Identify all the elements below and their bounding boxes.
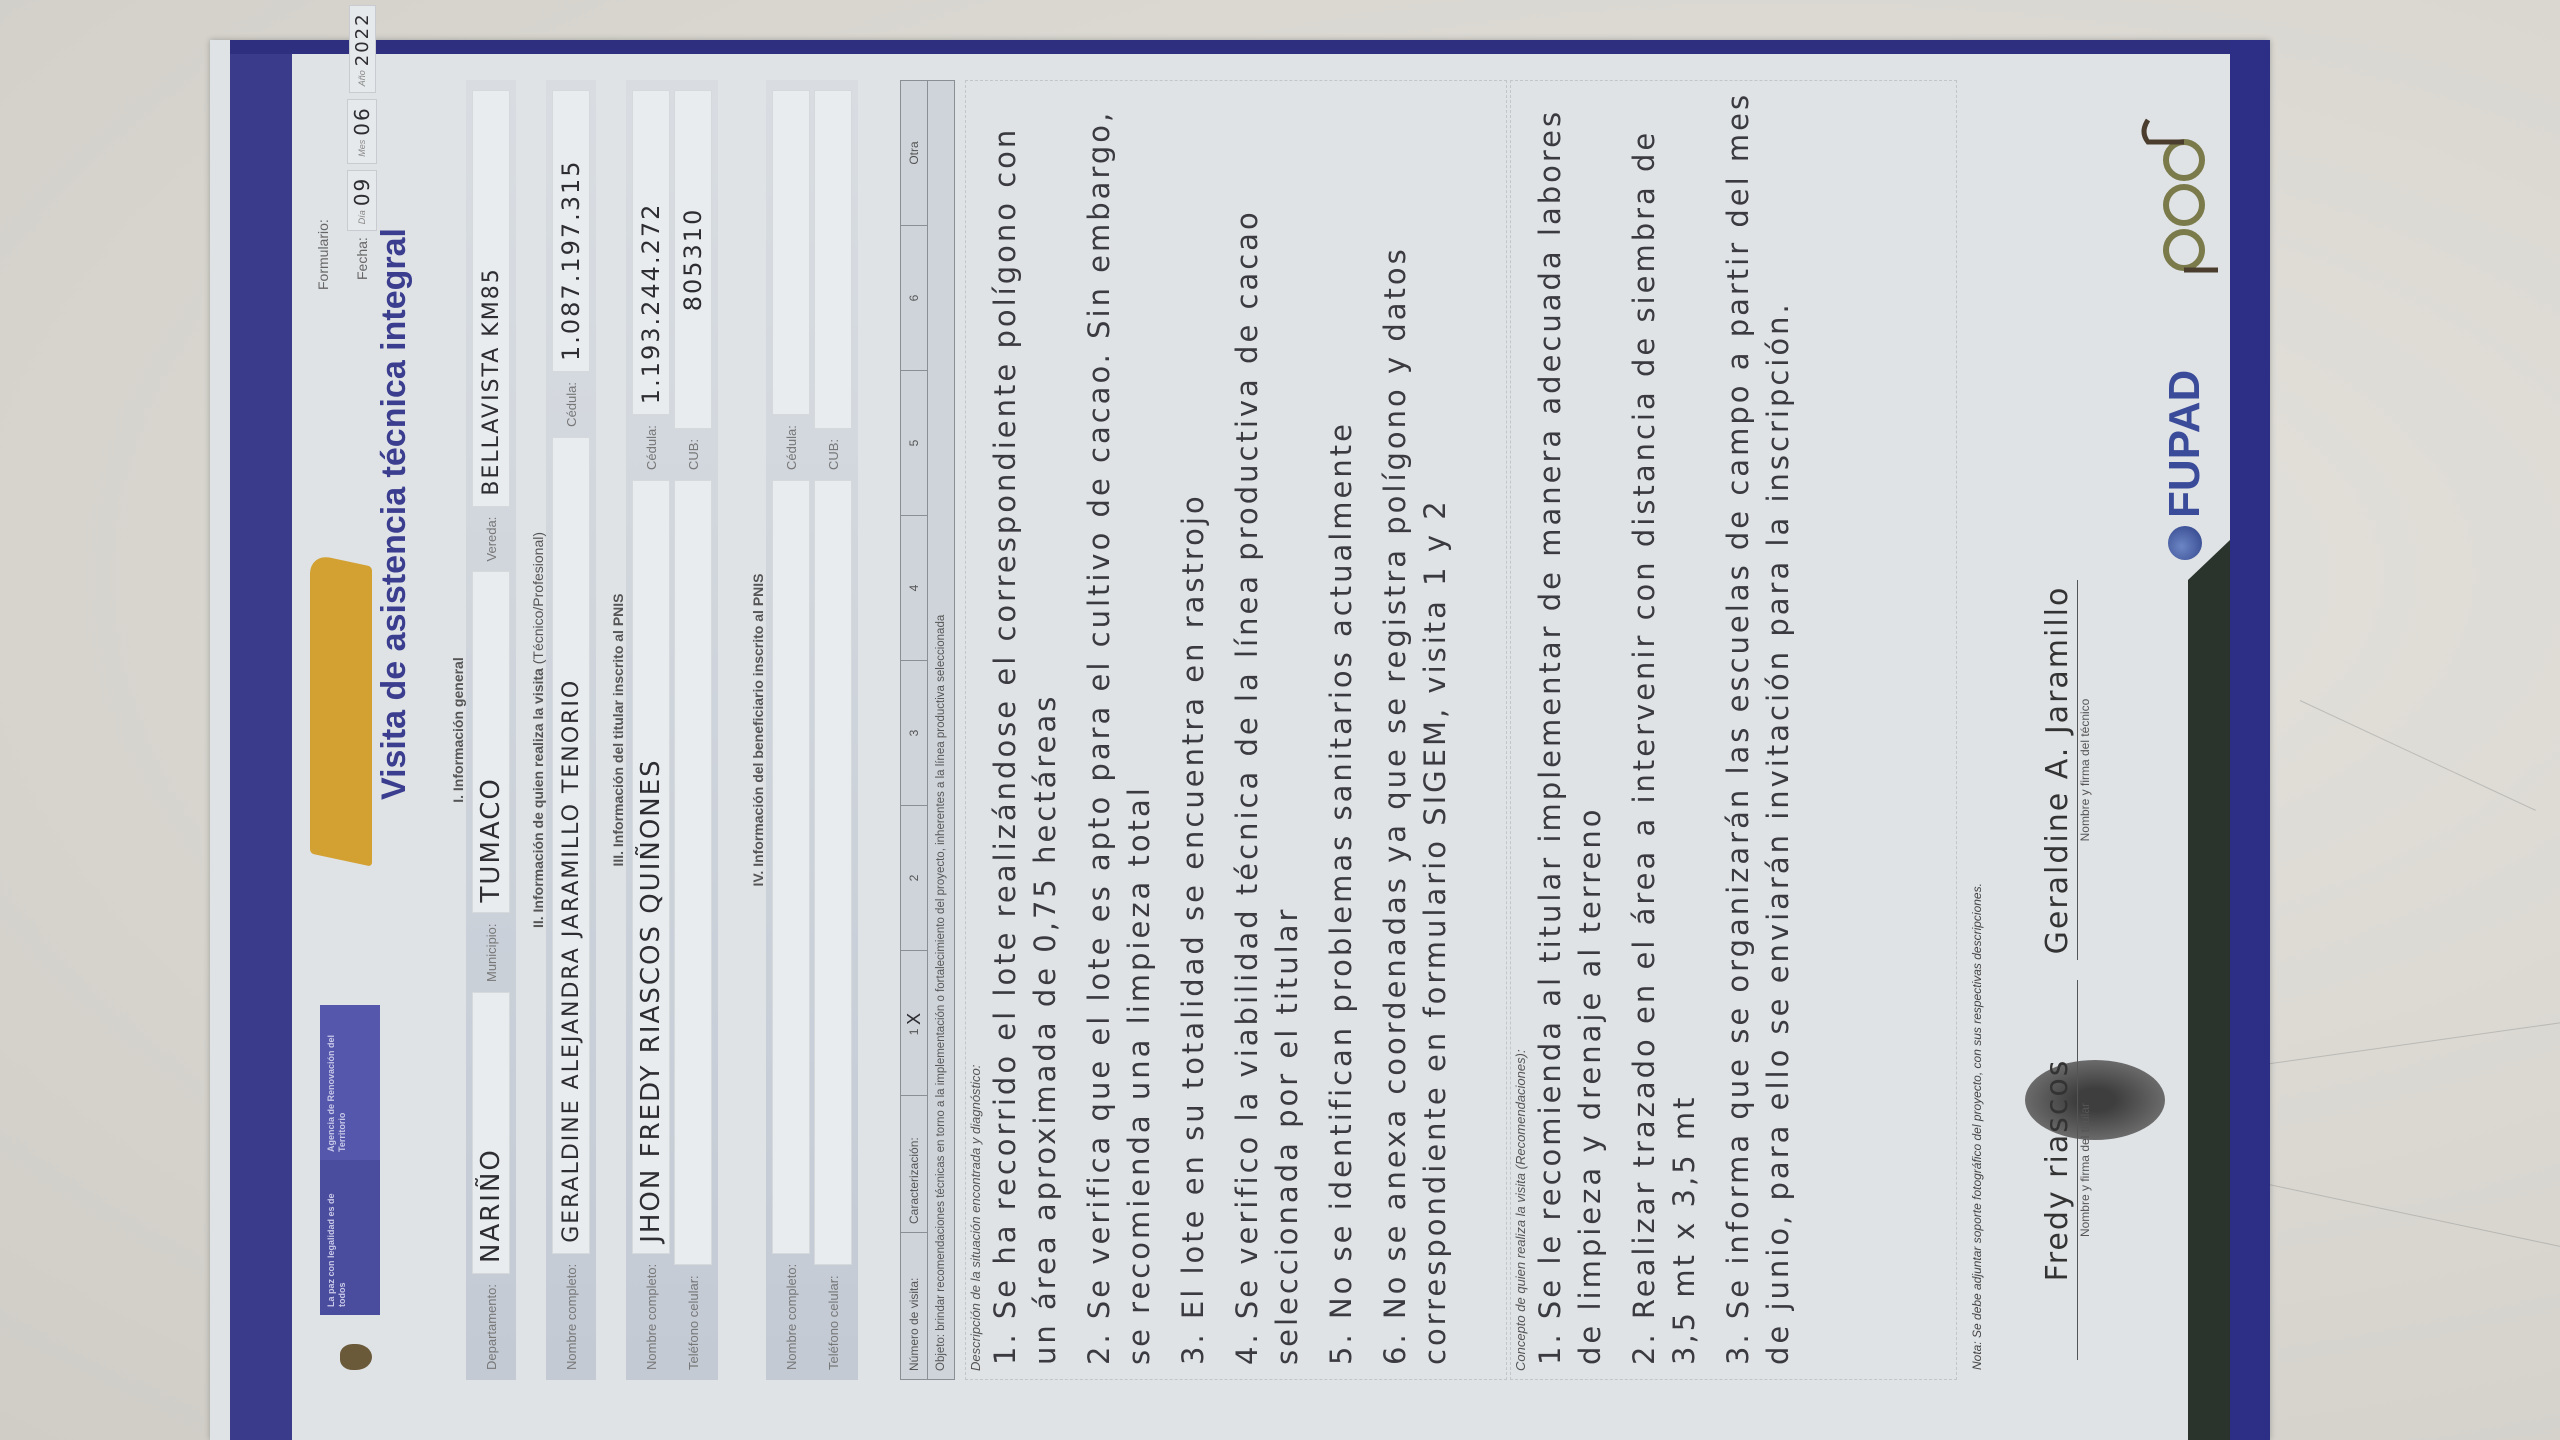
form-header: La paz con legalidad es de todos Agencia… xyxy=(305,80,425,1370)
visit-option-other[interactable]: Otra xyxy=(901,81,927,225)
month-field[interactable]: Mes06 xyxy=(347,99,377,163)
titular-cedula-field[interactable]: 1.193.244.272 xyxy=(632,90,670,415)
visitor-name-field[interactable]: GERALDINE ALEJANDRA JARAMILLO TENORIO xyxy=(552,437,590,1254)
diagnosis-item: 2. Se verifica que el lote es apto para … xyxy=(1079,81,1159,1379)
vereda-field[interactable]: BELLAVISTA KM85 xyxy=(472,90,510,507)
top-blue-bar xyxy=(230,40,292,1440)
titular-phone-field[interactable] xyxy=(674,480,712,1265)
visit-option-3[interactable]: 3 xyxy=(901,660,927,805)
desk-scratch xyxy=(2300,700,2536,811)
coat-of-arms-icon xyxy=(340,1344,372,1370)
gold-ribbon xyxy=(310,553,372,866)
recommendation-item: 3. Se informa que se organizarán las esc… xyxy=(1718,81,1798,1379)
departamento-field[interactable]: NARIÑO xyxy=(472,992,510,1274)
beneficiary-cedula-field[interactable] xyxy=(772,90,810,415)
diagnosis-item: 1. Se ha recorrido el lote realizándose … xyxy=(985,81,1065,1379)
visit-option-1[interactable]: 1 X xyxy=(901,950,927,1095)
globe-icon xyxy=(2168,526,2202,560)
visit-option-5[interactable]: 5 xyxy=(901,370,927,515)
section-titular-info: III. Información del titular inscrito al… xyxy=(610,80,718,1380)
recommendation-item: 1. Se le recomienda al titular implement… xyxy=(1530,81,1610,1379)
visit-number-table: Número de visita: Caracterización: 1 X 2… xyxy=(900,80,955,1380)
recommendations-box[interactable]: Concepto de quien realiza la visita (Rec… xyxy=(1510,80,1957,1380)
day-field[interactable]: Día09 xyxy=(347,170,377,231)
diagnosis-item: 4. Se verifico la viabilidad técnica de … xyxy=(1227,81,1307,1379)
visitor-cedula-field[interactable]: 1.087.197.315 xyxy=(552,90,590,372)
diagnosis-item: 6. No se anexa coordenadas ya que se reg… xyxy=(1375,81,1455,1379)
section-visitor-info: II. Información de quien realiza la visi… xyxy=(530,80,596,1380)
selected-mark: X xyxy=(904,1011,925,1025)
titular-name-field[interactable]: JHON FREDY RIASCOS QUIÑONES xyxy=(632,480,670,1254)
year-field[interactable]: Año2022 xyxy=(349,5,376,93)
visit-option-6[interactable]: 6 xyxy=(901,225,927,370)
photo-note: Nota: Se debe adjuntar soporte fotográfi… xyxy=(1970,883,1984,1370)
pdet-logo xyxy=(2140,100,2220,290)
visit-option-2[interactable]: 2 xyxy=(901,805,927,950)
description-list: 1. Se ha recorrido el lote realizándose … xyxy=(985,81,1455,1379)
visit-option-4[interactable]: 4 xyxy=(901,515,927,660)
recommendations-list: 1. Se le recomienda al titular implement… xyxy=(1530,81,1798,1379)
visit-objective: Objeto: brindar recomendaciones técnicas… xyxy=(928,81,954,1379)
beneficiary-phone-field[interactable] xyxy=(814,480,852,1265)
blue-edge xyxy=(230,40,2270,54)
description-box[interactable]: Descripción de la situación encontrada y… xyxy=(965,80,1507,1380)
government-logo: La paz con legalidad es de todos Agencia… xyxy=(320,1005,380,1315)
diagnosis-item: 5. No se identifican problemas sanitario… xyxy=(1321,81,1361,1379)
section-beneficiary-info: IV. Información del beneficiario inscrit… xyxy=(750,80,858,1380)
beneficiary-name-field[interactable] xyxy=(772,480,810,1254)
fupad-logo: FUPAD xyxy=(2160,370,2210,560)
titular-cub-field[interactable]: 805310 xyxy=(674,90,712,429)
visit-form-page: La paz con legalidad es de todos Agencia… xyxy=(210,40,2270,1440)
beneficiary-cub-field[interactable] xyxy=(814,90,852,429)
tecnico-signature: Geraldine A. Jaramillo Nombre y firma de… xyxy=(2040,580,2092,960)
form-title: Visita de asistencia técnica integral xyxy=(375,228,414,800)
bottom-blue-bar xyxy=(2230,40,2270,1440)
date-field: Fecha: Día09 Mes06 Año2022 xyxy=(347,5,377,280)
titular-signature: Fredy riascos Nombre y firma del titular xyxy=(2040,980,2092,1360)
formulario-label: Formulario: xyxy=(315,219,331,290)
desk-scratch xyxy=(2250,1180,2560,1248)
section-general-info: I. Información general Departamento: NAR… xyxy=(450,80,516,1380)
municipio-field[interactable]: TUMACO xyxy=(472,571,510,913)
diagnosis-item: 3. El lote en su totalidad se encuentra … xyxy=(1173,81,1213,1379)
recommendation-item: 2. Realizar trazado en el área a interve… xyxy=(1624,81,1704,1379)
